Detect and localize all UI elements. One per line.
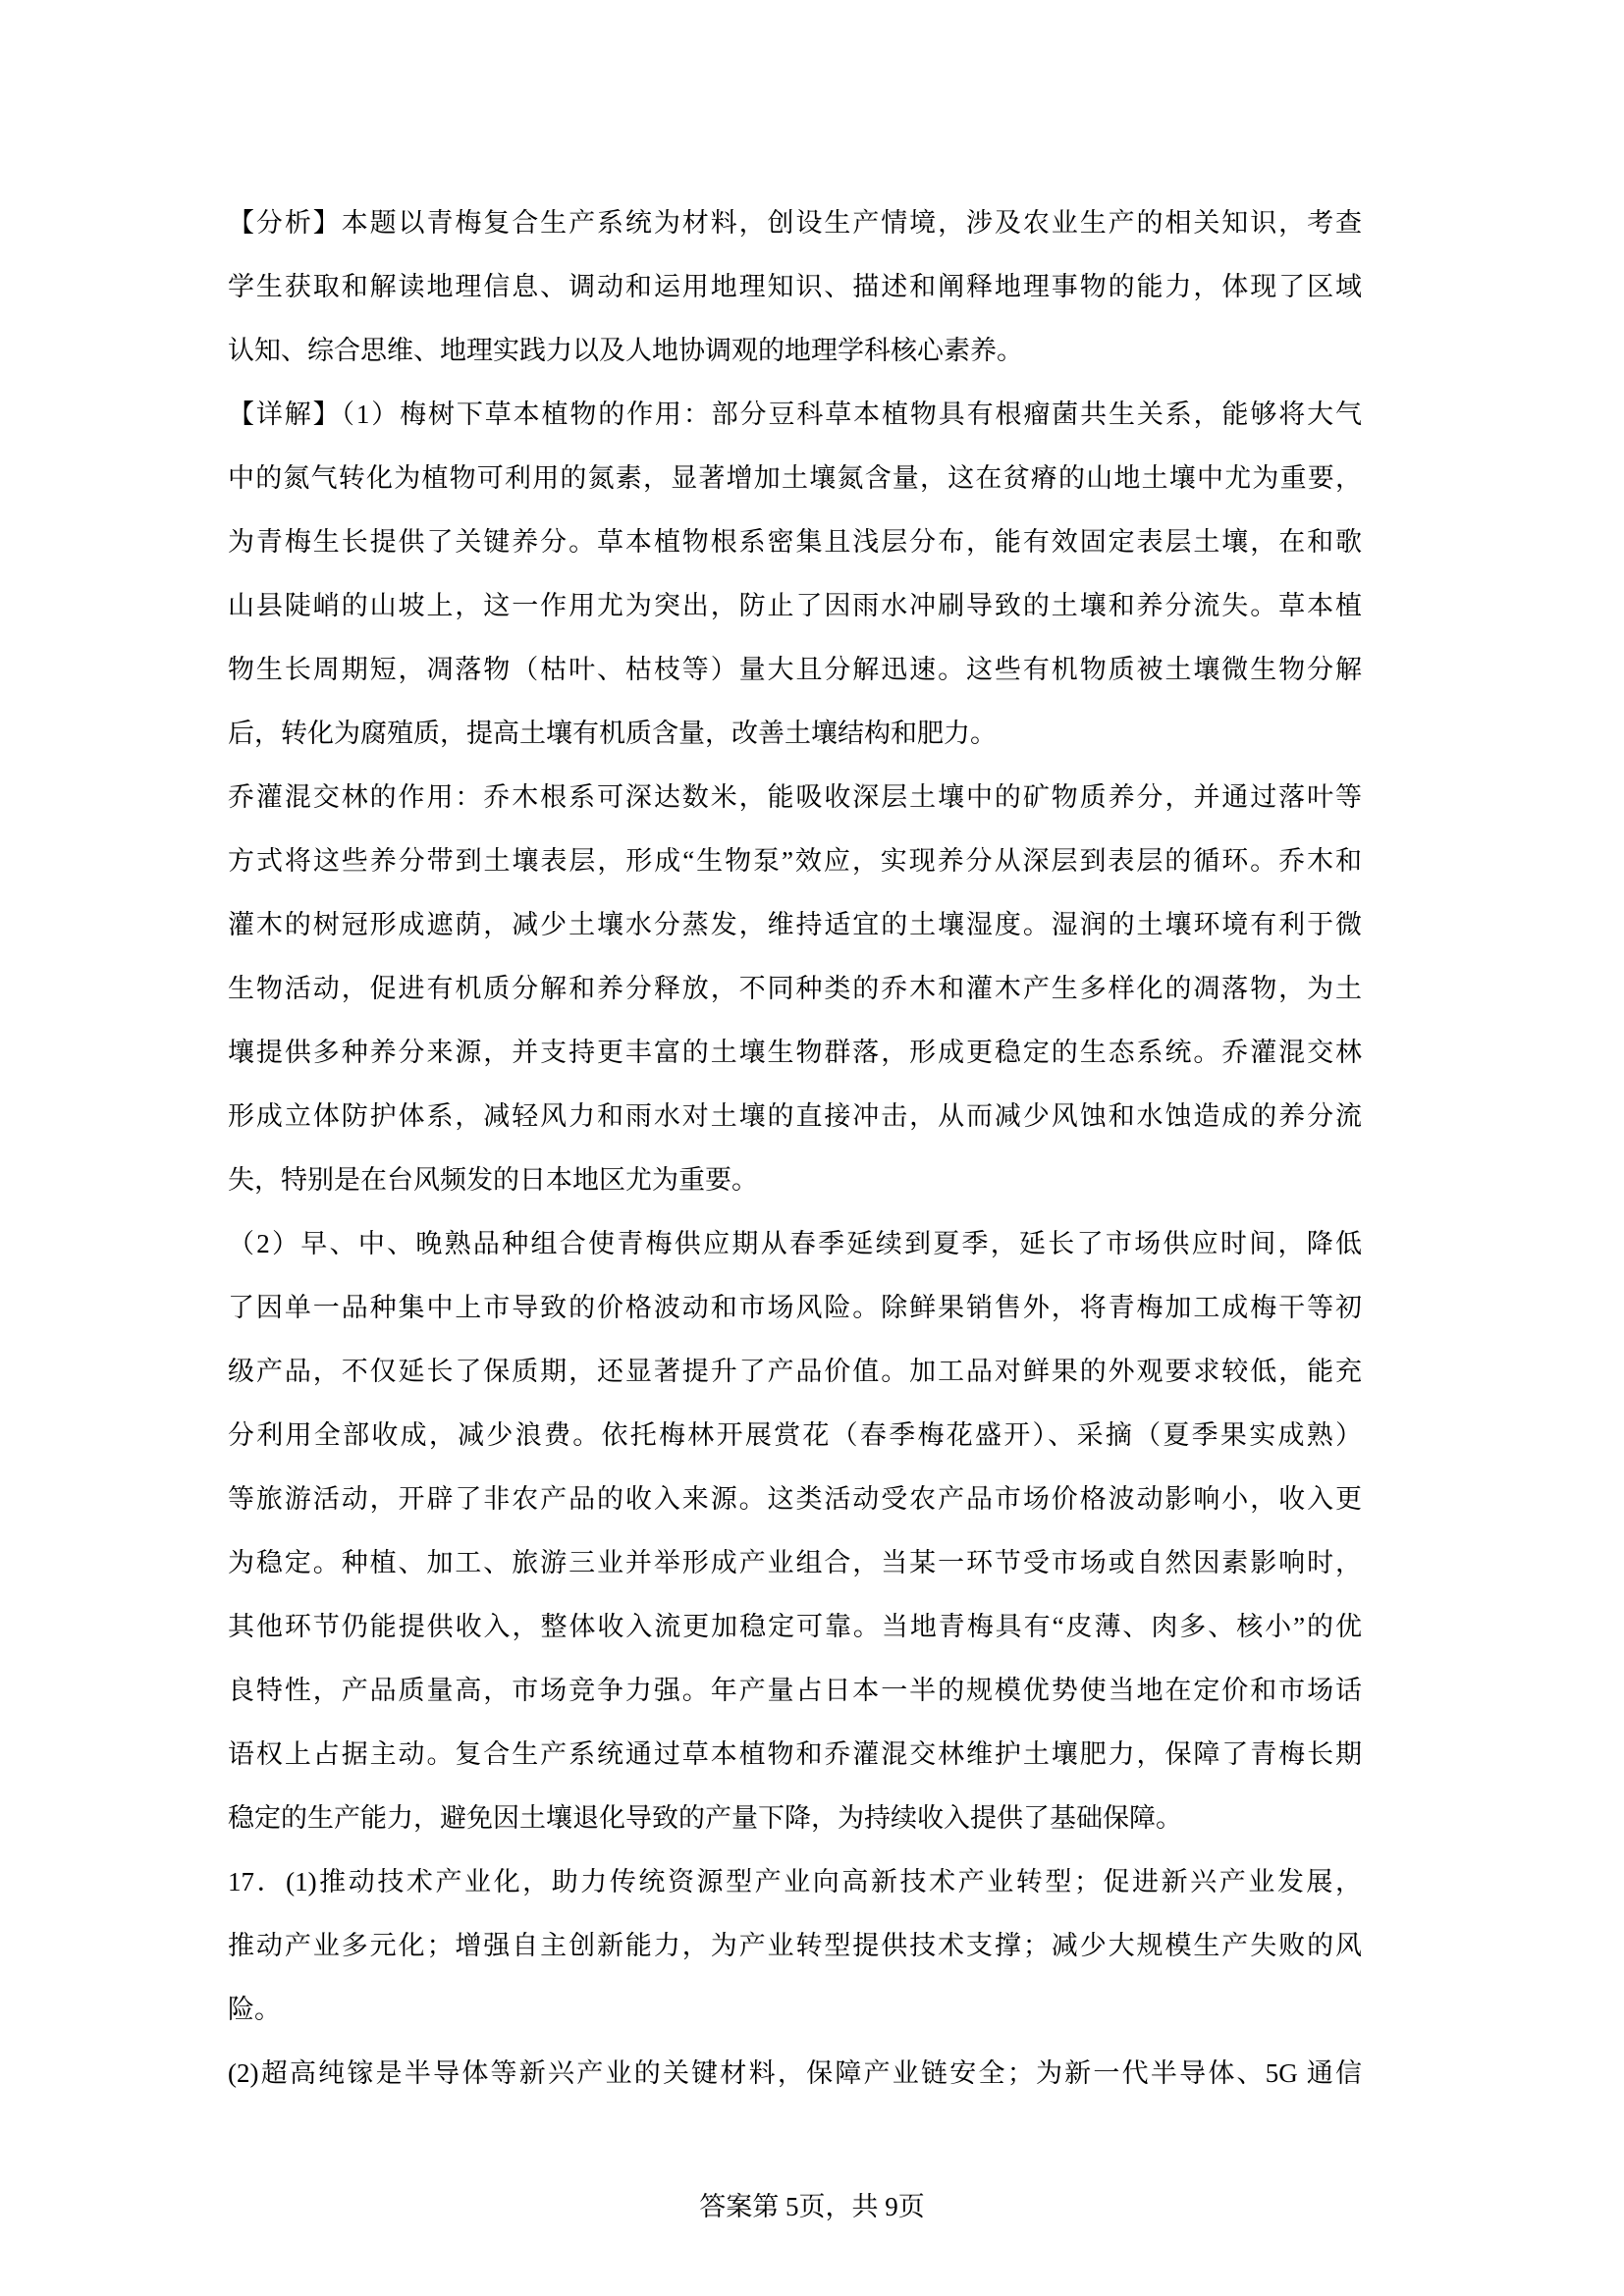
text-line: 17．(1)推动技术产业化，助力传统资源型产业向高新技术产业转型；促进新兴产业发… — [228, 1850, 1362, 1914]
text-line: 形成立体防护体系，减轻风力和雨水对土壤的直接冲击，从而减少风蚀和水蚀造成的养分流 — [228, 1085, 1362, 1148]
text-line: 物生长周期短，凋落物（枯叶、枯枝等）量大且分解迅速。这些有机物质被土壤微生物分解 — [228, 638, 1362, 702]
text-line: 为稳定。种植、加工、旅游三业并举形成产业组合，当某一环节受市场或自然因素影响时， — [228, 1531, 1362, 1595]
text-line: 【详解】（1）梅树下草本植物的作用：部分豆科草本植物具有根瘤菌共生关系，能够将大… — [228, 383, 1362, 447]
text-line: 认知、综合思维、地理实践力以及人地协调观的地理学科核心素养。 — [228, 319, 1362, 383]
text-line: 【分析】本题以青梅复合生产系统为材料，创设生产情境，涉及农业生产的相关知识，考查 — [228, 191, 1362, 255]
text-line: 级产品，不仅延长了保质期，还显著提升了产品价值。加工品对鲜果的外观要求较低，能充 — [228, 1340, 1362, 1404]
text-line: 失，特别是在台风频发的日本地区尤为重要。 — [228, 1148, 1362, 1212]
text-line: 稳定的生产能力，避免因土壤退化导致的产量下降，为持续收入提供了基础保障。 — [228, 1787, 1362, 1850]
text-line: 乔灌混交林的作用：乔木根系可深达数米，能吸收深层土壤中的矿物质养分，并通过落叶等 — [228, 766, 1362, 829]
text-line: 分利用全部收成，减少浪费。依托梅林开展赏花（春季梅花盛开）、采摘（夏季果实成熟） — [228, 1404, 1362, 1468]
text-line: 山县陡峭的山坡上，这一作用尤为突出，防止了因雨水冲刷导致的土壤和养分流失。草本植 — [228, 574, 1362, 638]
text-line: 中的氮气转化为植物可利用的氮素，显著增加土壤氮含量，这在贫瘠的山地土壤中尤为重要… — [228, 447, 1362, 510]
text-line: 方式将这些养分带到土壤表层，形成“生物泵”效应，实现养分从深层到表层的循环。乔木… — [228, 829, 1362, 893]
document-page: { "page": { "lines": [ {"full": true, "t… — [0, 0, 1624, 2296]
text-line: 良特性，产品质量高，市场竞争力强。年产量占日本一半的规模优势使当地在定价和市场话 — [228, 1659, 1362, 1723]
text-line: 了因单一品种集中上市导致的价格波动和市场风险。除鲜果销售外，将青梅加工成梅干等初 — [228, 1276, 1362, 1340]
text-line: (2)超高纯镓是半导体等新兴产业的关键材料，保障产业链安全；为新一代半导体、5G… — [228, 2042, 1362, 2106]
text-line: 学生获取和解读地理信息、调动和运用地理知识、描述和阐释地理事物的能力，体现了区域 — [228, 255, 1362, 319]
page-number-footer: 答案第 5页，共 9页 — [0, 2187, 1624, 2226]
text-line: 险。 — [228, 1978, 1362, 2042]
text-line: 推动产业多元化；增强自主创新能力，为产业转型提供技术支撑；减少大规模生产失败的风 — [228, 1914, 1362, 1978]
text-line: 壤提供多种养分来源，并支持更丰富的土壤生物群落，形成更稳定的生态系统。乔灌混交林 — [228, 1021, 1362, 1085]
text-line: （2）早、中、晚熟品种组合使青梅供应期从春季延续到夏季，延长了市场供应时间，降低 — [228, 1212, 1362, 1276]
text-line: 语权上占据主动。复合生产系统通过草本植物和乔灌混交林维护土壤肥力，保障了青梅长期 — [228, 1723, 1362, 1787]
text-line: 等旅游活动，开辟了非农产品的收入来源。这类活动受农产品市场价格波动影响小，收入更 — [228, 1468, 1362, 1531]
text-line: 后，转化为腐殖质，提高土壤有机质含量，改善土壤结构和肥力。 — [228, 702, 1362, 766]
text-line: 其他环节仍能提供收入，整体收入流更加稳定可靠。当地青梅具有“皮薄、肉多、核小”的… — [228, 1595, 1362, 1659]
text-line: 生物活动，促进有机质分解和养分释放，不同种类的乔木和灌木产生多样化的凋落物，为土 — [228, 957, 1362, 1021]
page-body: 【分析】本题以青梅复合生产系统为材料，创设生产情境，涉及农业生产的相关知识，考查… — [228, 191, 1362, 2106]
text-line: 为青梅生长提供了关键养分。草本植物根系密集且浅层分布，能有效固定表层土壤，在和歌 — [228, 510, 1362, 574]
text-line: 灌木的树冠形成遮荫，减少土壤水分蒸发，维持适宜的土壤湿度。湿润的土壤环境有利于微 — [228, 893, 1362, 957]
